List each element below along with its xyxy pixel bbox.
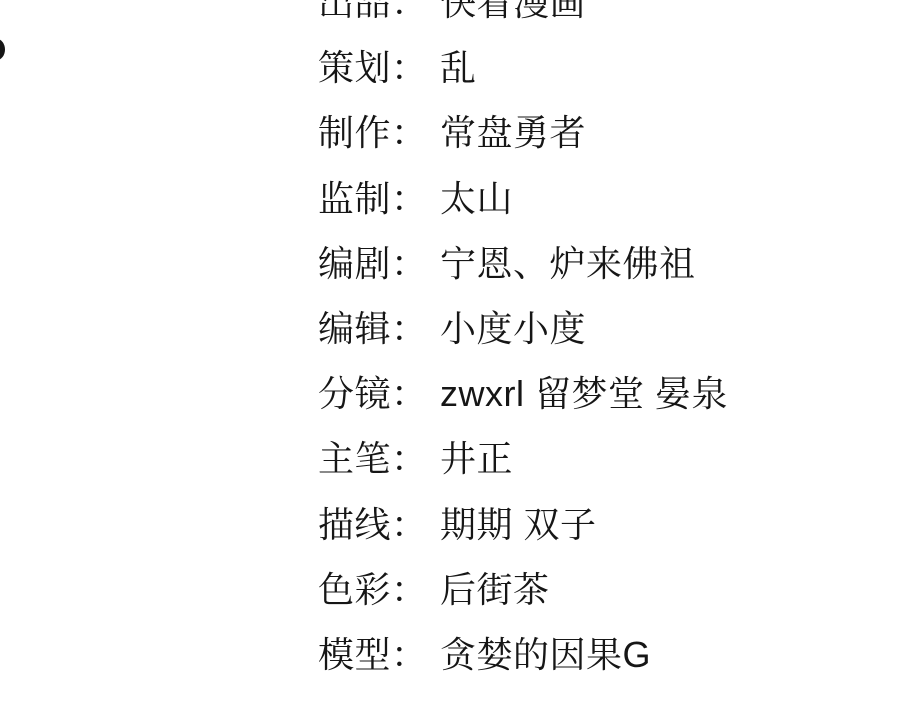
credit-role-label: 编剧： bbox=[318, 231, 440, 296]
credit-role-label: 描线： bbox=[318, 492, 440, 557]
credit-line-zhizuo: 制作： 常盘勇者 bbox=[318, 100, 728, 165]
credit-role-label: 出品： bbox=[318, 0, 440, 35]
credits-list: 出品： 快看漫画 策划： 乱 制作： 常盘勇者 监制： 太山 编剧： 宁恩、炉来… bbox=[318, 0, 728, 687]
credit-name-value: zwxrl 留梦堂 晏泉 bbox=[440, 361, 728, 426]
clipped-glyph-left-edge bbox=[0, 39, 5, 60]
credit-name-value: 井正 bbox=[440, 426, 513, 491]
comic-credits-page: 出品： 快看漫画 策划： 乱 制作： 常盘勇者 监制： 太山 编剧： 宁恩、炉来… bbox=[0, 0, 900, 703]
credit-line-bianju: 编剧： 宁恩、炉来佛祖 bbox=[318, 231, 728, 296]
credit-line-cehua: 策划： 乱 bbox=[318, 35, 728, 100]
credit-name-value: 太山 bbox=[440, 166, 513, 231]
credit-line-fenjing: 分镜： zwxrl 留梦堂 晏泉 bbox=[318, 361, 728, 426]
credit-role-label: 主笔： bbox=[318, 426, 440, 491]
credit-name-value: 宁恩、炉来佛祖 bbox=[440, 231, 696, 296]
credit-name-value: 快看漫画 bbox=[440, 0, 586, 35]
credit-line-miaoxian: 描线： 期期 双子 bbox=[318, 492, 728, 557]
credit-role-label: 分镜： bbox=[318, 361, 440, 426]
credit-name-value: 常盘勇者 bbox=[440, 100, 586, 165]
credit-role-label: 策划： bbox=[318, 35, 440, 100]
credit-role-label: 制作： bbox=[318, 100, 440, 165]
credit-line-jianzhi: 监制： 太山 bbox=[318, 166, 728, 231]
credit-role-label: 模型： bbox=[318, 622, 440, 687]
credit-role-label: 监制： bbox=[318, 166, 440, 231]
credit-line-zhubi: 主笔： 井正 bbox=[318, 426, 728, 491]
credit-name-value: 期期 双子 bbox=[440, 492, 597, 557]
credit-name-value: 贪婪的因果G bbox=[440, 622, 651, 687]
credit-line-bianji: 编辑： 小度小度 bbox=[318, 296, 728, 361]
credit-line-chupin: 出品： 快看漫画 bbox=[318, 0, 728, 35]
credit-name-value: 乱 bbox=[440, 35, 477, 100]
credit-line-secai: 色彩： 后街茶 bbox=[318, 557, 728, 622]
credit-name-value: 后街茶 bbox=[440, 557, 550, 622]
credit-role-label: 编辑： bbox=[318, 296, 440, 361]
credit-line-moxing: 模型： 贪婪的因果G bbox=[318, 622, 728, 687]
credit-role-label: 色彩： bbox=[318, 557, 440, 622]
credit-name-value: 小度小度 bbox=[440, 296, 586, 361]
